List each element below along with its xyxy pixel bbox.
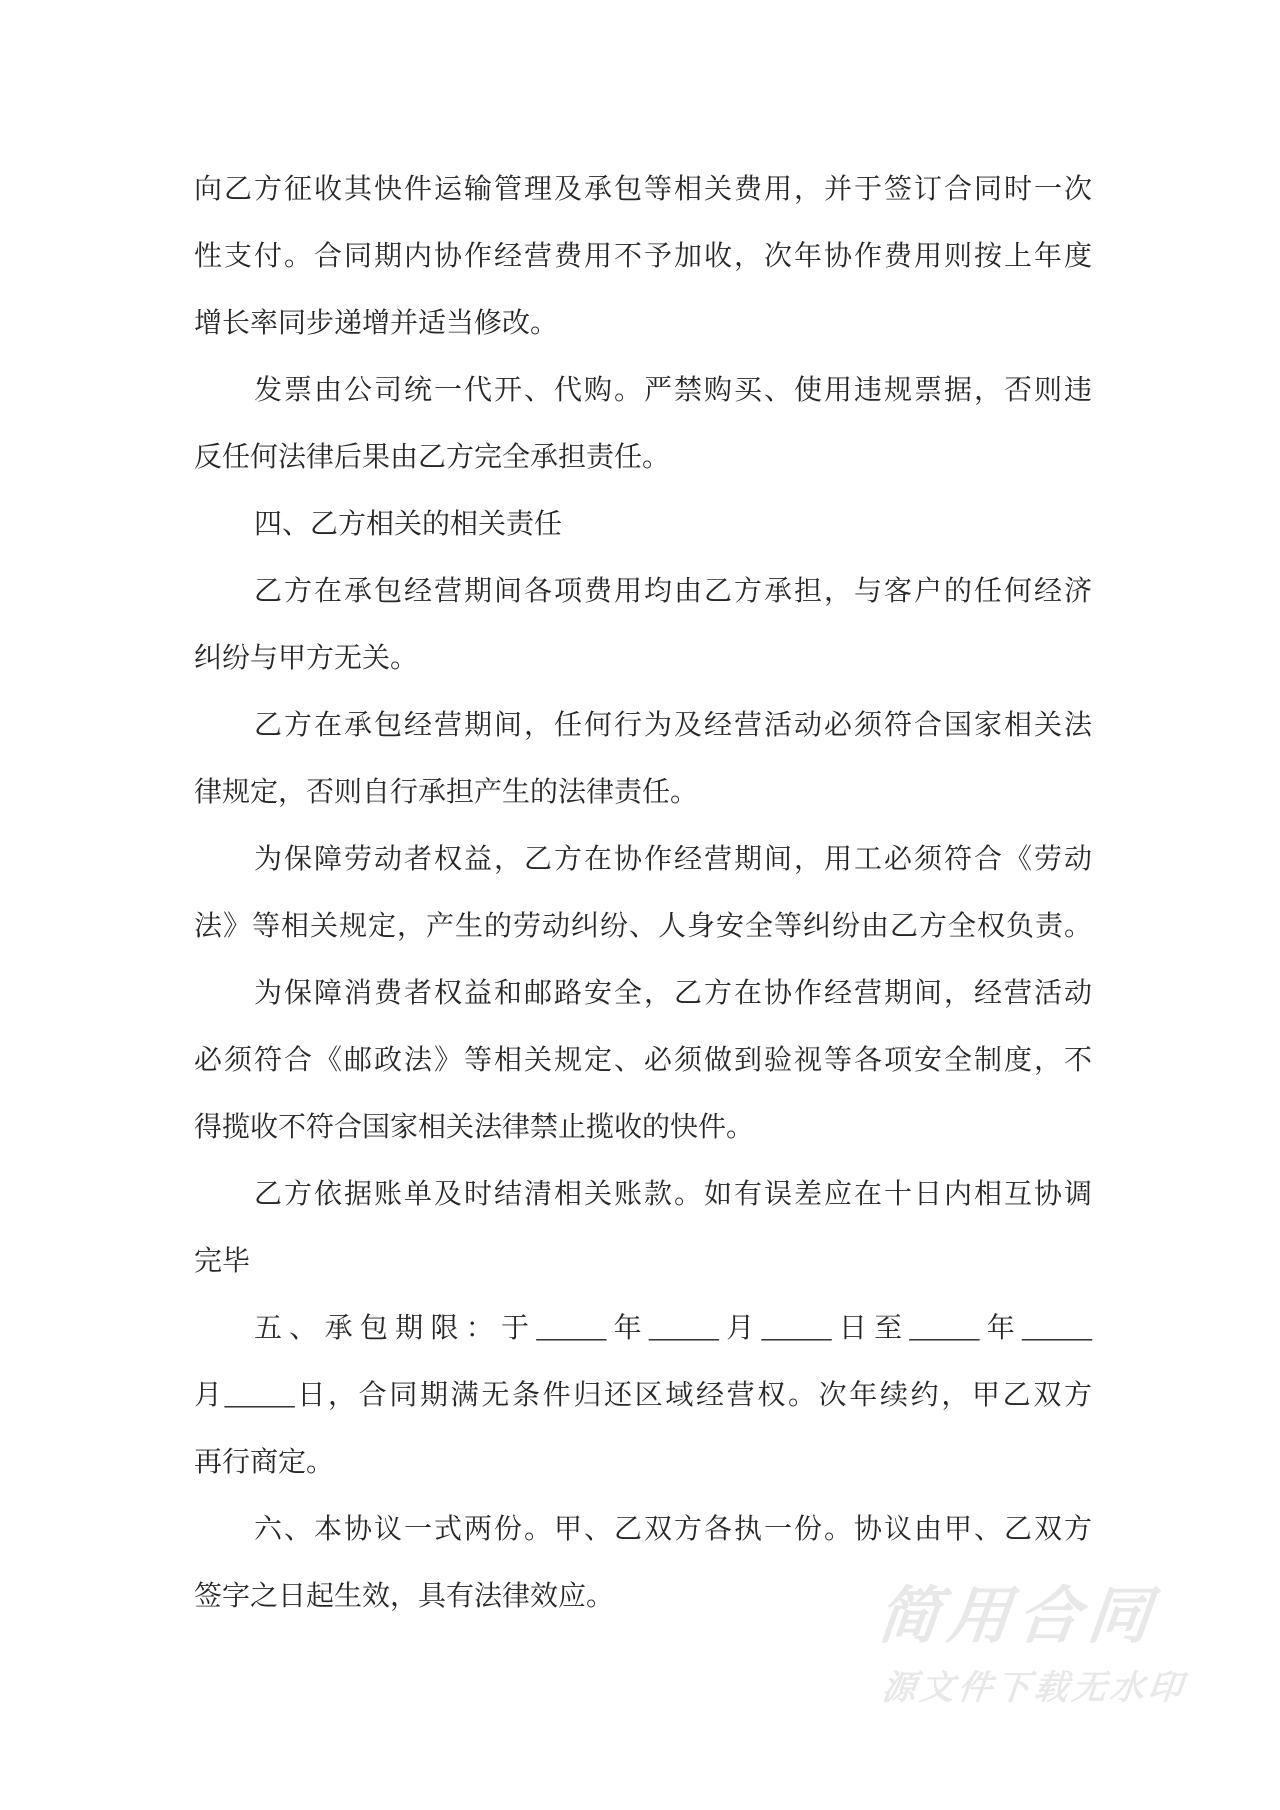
contract-line: 乙方依据账单及时结清相关账款。如有误差应在十日内相互协调: [194, 1161, 1092, 1228]
watermark-tagline-text: 源文件下载无水印: [880, 1668, 1188, 1708]
contract-line: 必须符合《邮政法》等相关规定、必须做到验视等各项安全制度，不: [194, 1027, 1092, 1094]
contract-line: 向乙方征收其快件运输管理及承包等相关费用，并于签订合同时一次: [194, 156, 1092, 223]
section-five-heading: 五、承包期限：于_____年_____月_____日至_____年_____: [194, 1295, 1092, 1362]
contract-line: 反任何法律后果由乙方完全承担责任。: [194, 424, 1092, 491]
contract-line: 乙方在承包经营期间各项费用均由乙方承担，与客户的任何经济: [194, 558, 1092, 625]
contract-line: 月_____日，合同期满无条件归还区域经营权。次年续约，甲乙双方: [194, 1362, 1092, 1429]
contract-line: 得揽收不符合国家相关法律禁止揽收的快件。: [194, 1094, 1092, 1161]
section-four-heading: 四、乙方相关的相关责任: [194, 491, 1092, 558]
contract-line: 增长率同步递增并适当修改。: [194, 290, 1092, 357]
contract-document-page: 简用合同 源文件下载无水印 向乙方征收其快件运输管理及承包等相关费用，并于签订合…: [0, 0, 1280, 1810]
contract-line: 完毕: [194, 1228, 1092, 1295]
contract-line: 再行商定。: [194, 1429, 1092, 1496]
contract-line: 发票由公司统一代开、代购。严禁购买、使用违规票据，否则违: [194, 357, 1092, 424]
contract-line: 律规定，否则自行承担产生的法律责任。: [194, 759, 1092, 826]
contract-line: 纠纷与甲方无关。: [194, 625, 1092, 692]
contract-line: 为保障劳动者权益，乙方在协作经营期间，用工必须符合《劳动: [194, 826, 1092, 893]
contract-line: 法》等相关规定，产生的劳动纠纷、人身安全等纠纷由乙方全权负责。: [194, 893, 1092, 960]
contract-body: 向乙方征收其快件运输管理及承包等相关费用，并于签订合同时一次 性支付。合同期内协…: [194, 156, 1092, 1630]
contract-line: 签字之日起生效，具有法律效应。: [194, 1563, 1092, 1630]
contract-line: 性支付。合同期内协作经营费用不予加收，次年协作费用则按上年度: [194, 223, 1092, 290]
section-six-heading: 六、本协议一式两份。甲、乙双方各执一份。协议由甲、乙双方: [194, 1496, 1092, 1563]
contract-line: 为保障消费者权益和邮路安全，乙方在协作经营期间，经营活动: [194, 960, 1092, 1027]
contract-line: 乙方在承包经营期间，任何行为及经营活动必须符合国家相关法: [194, 692, 1092, 759]
